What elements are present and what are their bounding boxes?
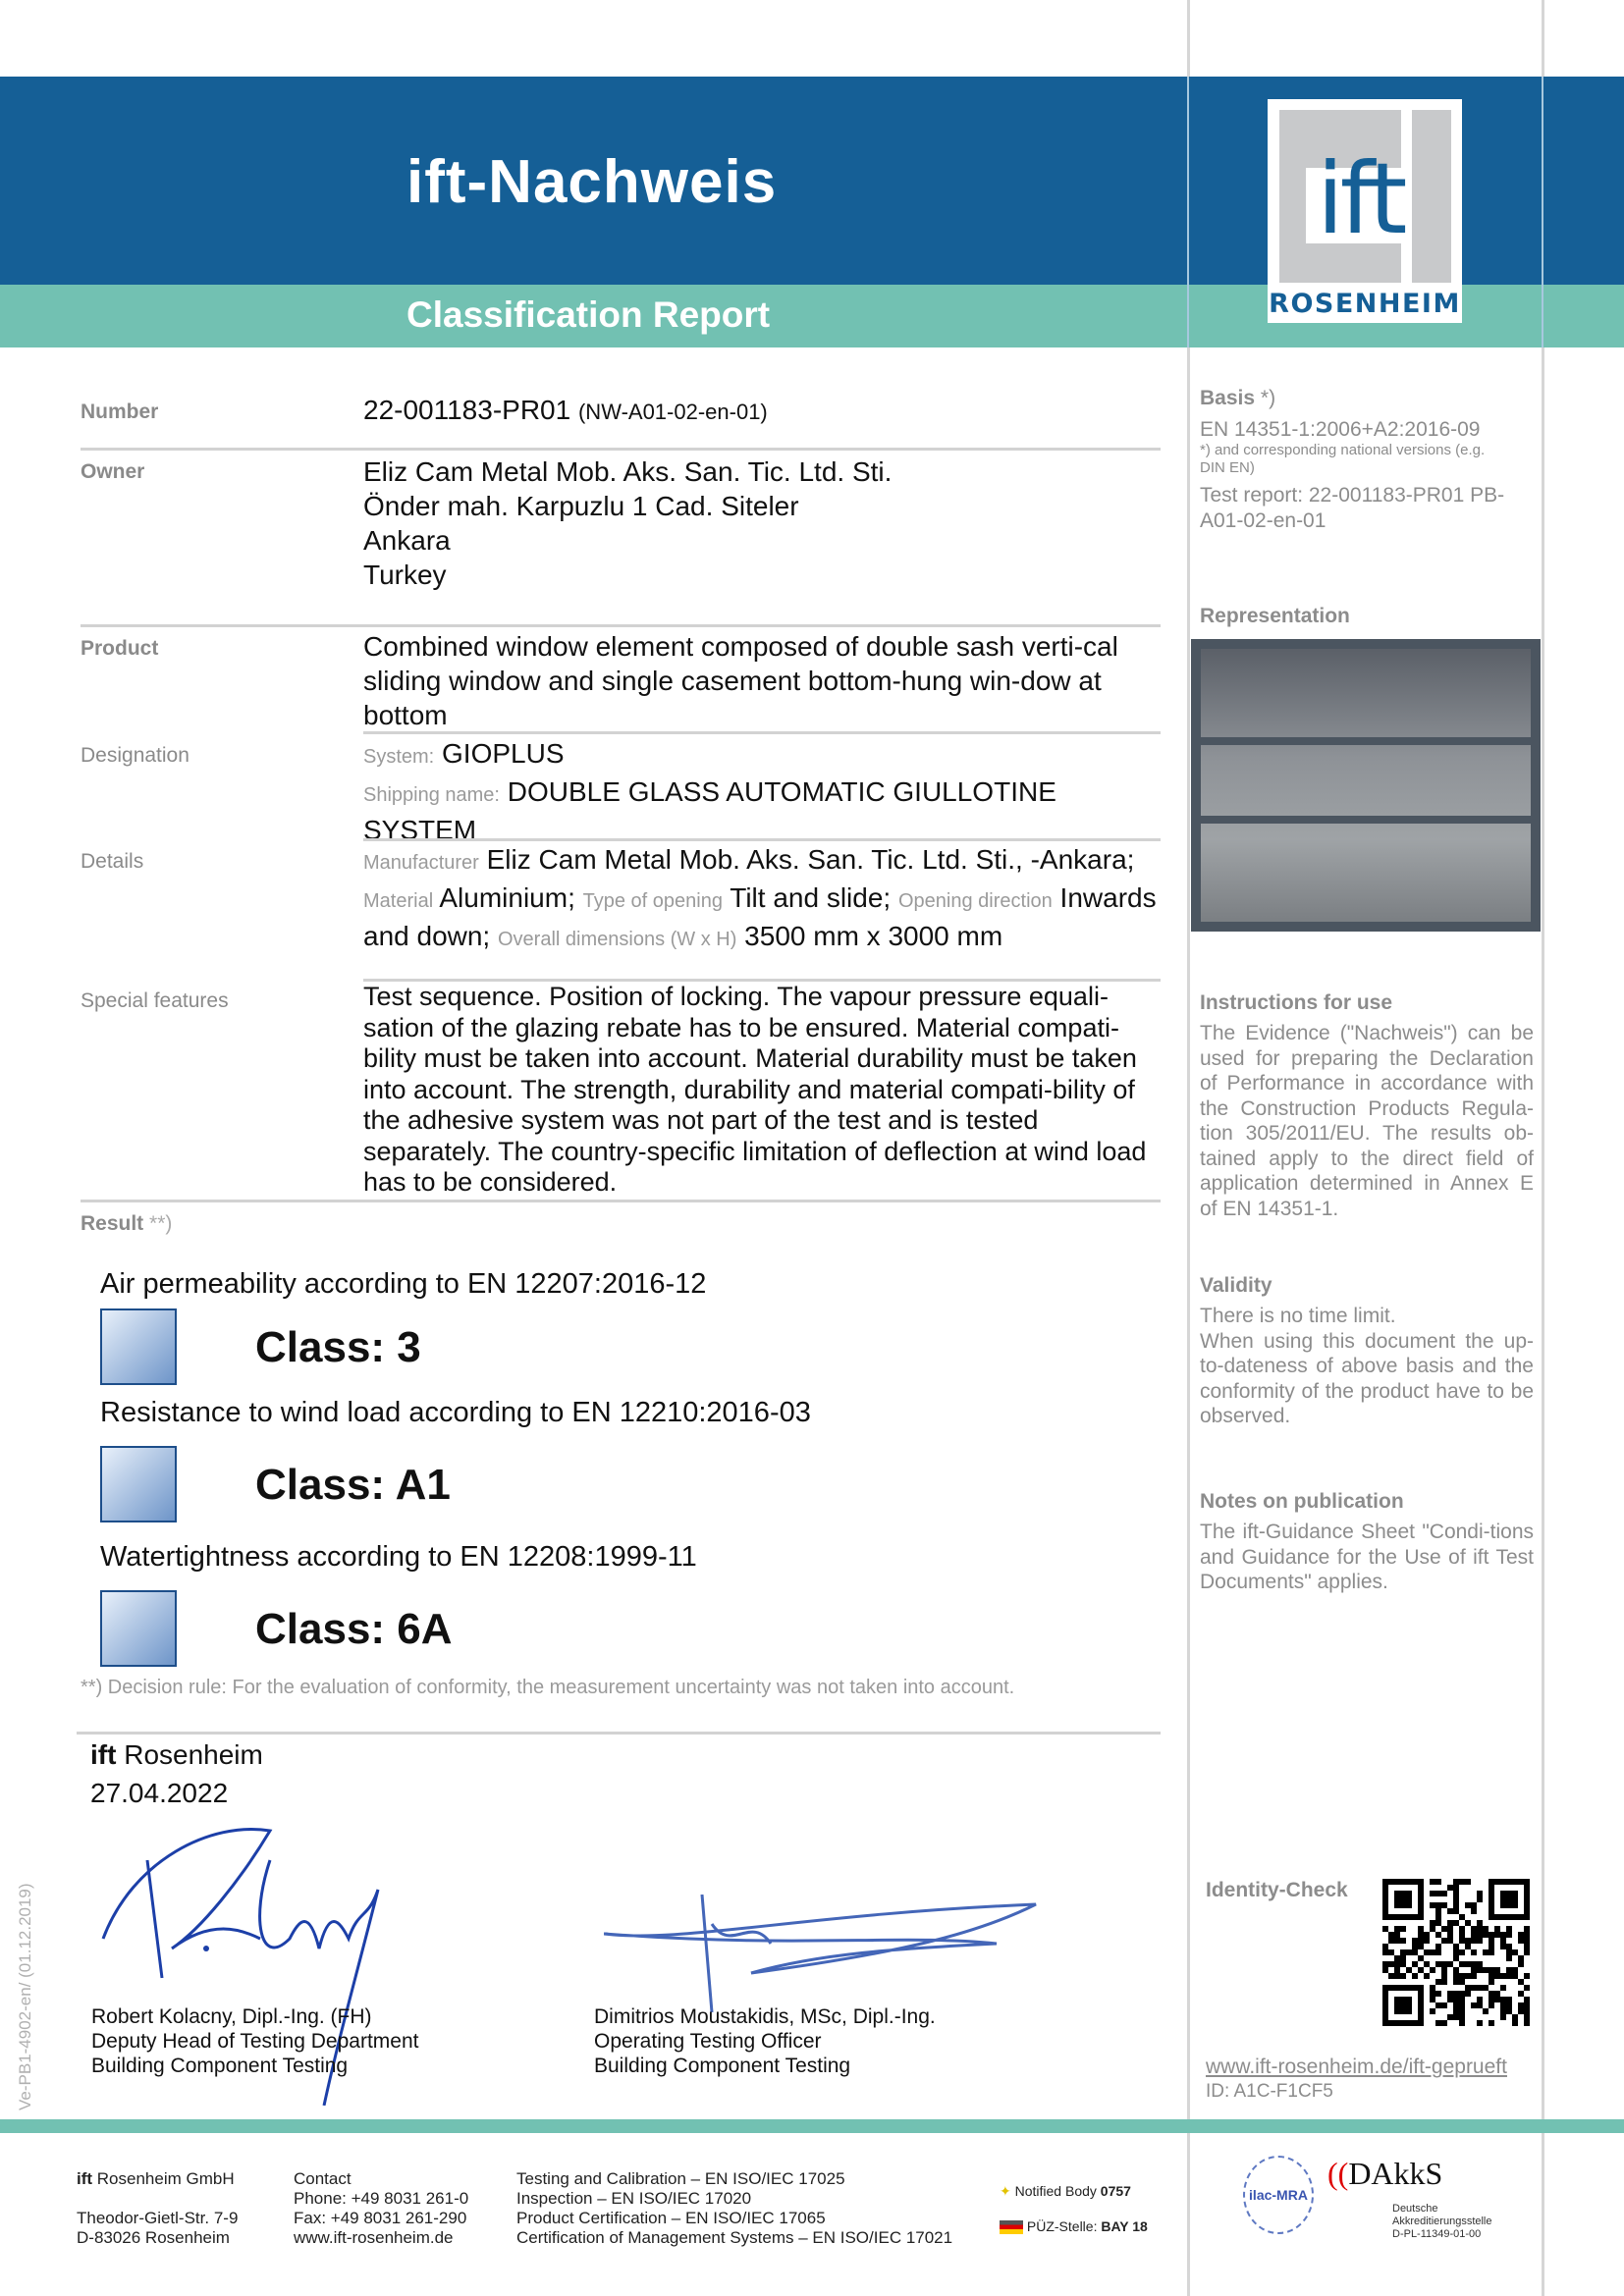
divider [77, 1732, 1161, 1735]
product-description: Combined window element composed of doub… [363, 629, 1159, 732]
details-text: Manufacturer Eliz Cam Metal Mob. Aks. Sa… [363, 842, 1159, 957]
divider [81, 1200, 1161, 1202]
divider [81, 448, 1161, 451]
system-name: GIOPLUS [442, 738, 564, 769]
identity-check-link[interactable]: www.ift-rosenheim.de/ift-geprueft [1206, 2056, 1507, 2079]
ift-rosenheim-logo: ift ROSENHEIM [1268, 99, 1462, 323]
signatory-block: Robert Kolacny, Dipl.-Ing. (FH) Deputy H… [91, 2004, 418, 2078]
direction-label: Opening direction [898, 890, 1053, 912]
result-title: Watertightness according to EN 12208:199… [100, 1541, 697, 1574]
accreditation-item: Inspection – EN ISO/IEC 17020 [516, 2189, 952, 2209]
footer-notified-body: ✦ Notified Body 0757 PÜZ-Stelle: BAY 18 [1000, 2173, 1148, 2244]
notified-body-number: 0757 [1101, 2183, 1131, 2199]
representation-section: Representation [1200, 605, 1534, 628]
issue-date: 27.04.2022 [90, 1774, 263, 1812]
result-mark: **) [149, 1212, 172, 1235]
signatory-dept: Building Component Testing [91, 2054, 418, 2078]
decision-rule-footnote: **) Decision rule: For the evaluation of… [81, 1677, 1014, 1699]
eu-stars-icon: ✦ [1000, 2183, 1011, 2199]
issuer-block: ift Rosenheim 27.04.2022 [90, 1735, 263, 1812]
issuer-org: Rosenheim [124, 1739, 263, 1770]
wind-load-icon [100, 1446, 177, 1522]
result-label: Result **) [81, 1212, 172, 1236]
notes-text: The ift-Guidance Sheet "Condi-tions and … [1200, 1520, 1534, 1595]
notified-body-label: Notified Body [1015, 2183, 1097, 2199]
basis-mark: *) [1261, 387, 1275, 409]
footer-company-name: Rosenheim GmbH [97, 2169, 235, 2188]
representation-title: Representation [1200, 605, 1534, 628]
result-title: Air permeability according to EN 12207:2… [100, 1268, 706, 1301]
dakks-sub-line: Deutsche [1392, 2203, 1492, 2216]
footer-street: Theodor-Gietl-Str. 7-9 [77, 2209, 238, 2228]
dakks-sub-line: Akkreditierungsstelle [1392, 2216, 1492, 2228]
basis-standard: EN 14351-1:2006+A2:2016-09 [1200, 418, 1534, 442]
form-code: Ve-PB1-4902-en/ (01.12.2019) [16, 1883, 35, 2110]
divider [363, 838, 1161, 841]
owner-line: Turkey [363, 558, 1159, 592]
accreditation-item: Testing and Calibration – EN ISO/IEC 170… [516, 2169, 952, 2189]
opening-label: Type of opening [583, 890, 723, 912]
accreditation-item: Certification of Management Systems – EN… [516, 2228, 952, 2248]
german-flag-icon [1000, 2220, 1023, 2234]
footer-fax: Fax: +49 8031 261-290 [294, 2209, 468, 2228]
opening-value: Tilt and slide; [730, 882, 891, 913]
instructions-section: Instructions for use The Evidence ("Nach… [1200, 991, 1534, 1221]
accreditation-item: Product Certification – EN ISO/IEC 17065 [516, 2209, 952, 2228]
logo-text: ift [1317, 150, 1403, 248]
issuer-org-bold: ift [90, 1739, 116, 1770]
footer-website-link[interactable]: www.ift-rosenheim.de [294, 2228, 468, 2248]
validity-text: When using this document the up-to-daten… [1200, 1329, 1534, 1429]
result-class: Class: A1 [255, 1461, 451, 1510]
signatory-role: Operating Testing Officer [594, 2029, 936, 2054]
validity-section: Validity There is no time limit. When us… [1200, 1274, 1534, 1429]
notes-title: Notes on publication [1200, 1490, 1534, 1514]
owner-line: Önder mah. Karpuzlu 1 Cad. Siteler [363, 489, 1159, 523]
document-subtitle: Classification Report [406, 294, 770, 336]
basis-note: *) and corresponding national versions (… [1200, 442, 1494, 477]
owner-line: Eliz Cam Metal Mob. Aks. San. Tic. Ltd. … [363, 454, 1159, 489]
watertightness-icon [100, 1590, 177, 1667]
logo-city: ROSENHEIM [1268, 289, 1462, 319]
identity-id: ID: A1C-F1CF5 [1206, 2081, 1333, 2103]
field-label: Owner [81, 460, 144, 484]
product-photo [1191, 639, 1541, 932]
validity-title: Validity [1200, 1274, 1534, 1298]
signatory-name: Robert Kolacny, Dipl.-Ing. (FH) [91, 2004, 418, 2029]
signatory-name: Dimitrios Moustakidis, MSc, Dipl.-Ing. [594, 2004, 936, 2029]
footer-accreditations: Testing and Calibration – EN ISO/IEC 170… [516, 2169, 952, 2248]
test-report: Test report: 22-001183-PR01 PB-A01-02-en… [1200, 483, 1534, 534]
footer-company: ift Rosenheim GmbH Theodor-Gietl-Str. 7-… [77, 2169, 238, 2248]
validity-text: There is no time limit. [1200, 1304, 1534, 1329]
result-class: Class: 6A [255, 1605, 453, 1654]
notes-section: Notes on publication The ift-Guidance Sh… [1200, 1490, 1534, 1595]
signatory-block: Dimitrios Moustakidis, MSc, Dipl.-Ing. O… [594, 2004, 936, 2078]
divider [363, 731, 1161, 734]
system-label: System: [363, 746, 434, 768]
owner-line: Ankara [363, 523, 1159, 558]
manufacturer-value: Eliz Cam Metal Mob. Aks. San. Tic. Ltd. … [487, 844, 1135, 875]
report-number-suffix: (NW-A01-02-en-01) [578, 400, 768, 424]
puz-value: BAY 18 [1101, 2218, 1147, 2234]
footer-contact-title: Contact [294, 2169, 468, 2189]
basis-title: Basis *) [1200, 387, 1534, 410]
divider [81, 624, 1161, 627]
material-value: Aluminium; [439, 882, 574, 913]
special-features-text: Test sequence. Position of locking. The … [363, 982, 1159, 1199]
footer-city: D-83026 Rosenheim [77, 2228, 238, 2248]
signatory-role: Deputy Head of Testing Department [91, 2029, 418, 2054]
dakks-logo: ((DAkkS [1327, 2156, 1442, 2192]
ilac-mra-logo: ilac-MRA [1243, 2156, 1314, 2234]
footer-phone: Phone: +49 8031 261-0 [294, 2189, 468, 2209]
document-title: ift-Nachweis [406, 147, 777, 217]
field-label: Special features [81, 989, 229, 1013]
signature-moustakidis [604, 1895, 1046, 2022]
instructions-text: The Evidence ("Nachweis") can be used fo… [1200, 1021, 1534, 1221]
puz-label: PÜZ-Stelle: [1027, 2218, 1098, 2234]
shipping-label: Shipping name: [363, 784, 500, 806]
field-label: Details [81, 850, 143, 874]
footer-contact: Contact Phone: +49 8031 261-0 Fax: +49 8… [294, 2169, 468, 2248]
result-label-text: Result [81, 1212, 143, 1235]
field-label: Number [81, 400, 158, 424]
air-permeability-icon [100, 1308, 177, 1385]
result-title: Resistance to wind load according to EN … [100, 1397, 811, 1429]
dimensions-label: Overall dimensions (W x H) [498, 929, 736, 950]
manufacturer-label: Manufacturer [363, 852, 479, 874]
footer-company-bold: ift [77, 2169, 92, 2188]
basis-title-text: Basis [1200, 387, 1255, 409]
material-label: Material [363, 890, 433, 912]
report-number: 22-001183-PR01 [363, 395, 570, 425]
footer-band [0, 2119, 1624, 2133]
result-class: Class: 3 [255, 1323, 421, 1372]
dakks-text: DAkkS [1348, 2156, 1442, 2191]
signatory-dept: Building Component Testing [594, 2054, 936, 2078]
field-label: Product [81, 637, 158, 661]
basis-section: Basis *) EN 14351-1:2006+A2:2016-09 *) a… [1200, 387, 1534, 534]
dimensions-value: 3500 mm x 3000 mm [744, 921, 1002, 951]
dakks-sub-line: D-PL-11349-01-00 [1392, 2228, 1492, 2241]
instructions-title: Instructions for use [1200, 991, 1534, 1015]
qr-code[interactable] [1382, 1879, 1530, 2026]
field-label: Designation [81, 744, 189, 768]
dakks-subtext: Deutsche Akkreditierungsstelle D-PL-1134… [1392, 2203, 1492, 2241]
